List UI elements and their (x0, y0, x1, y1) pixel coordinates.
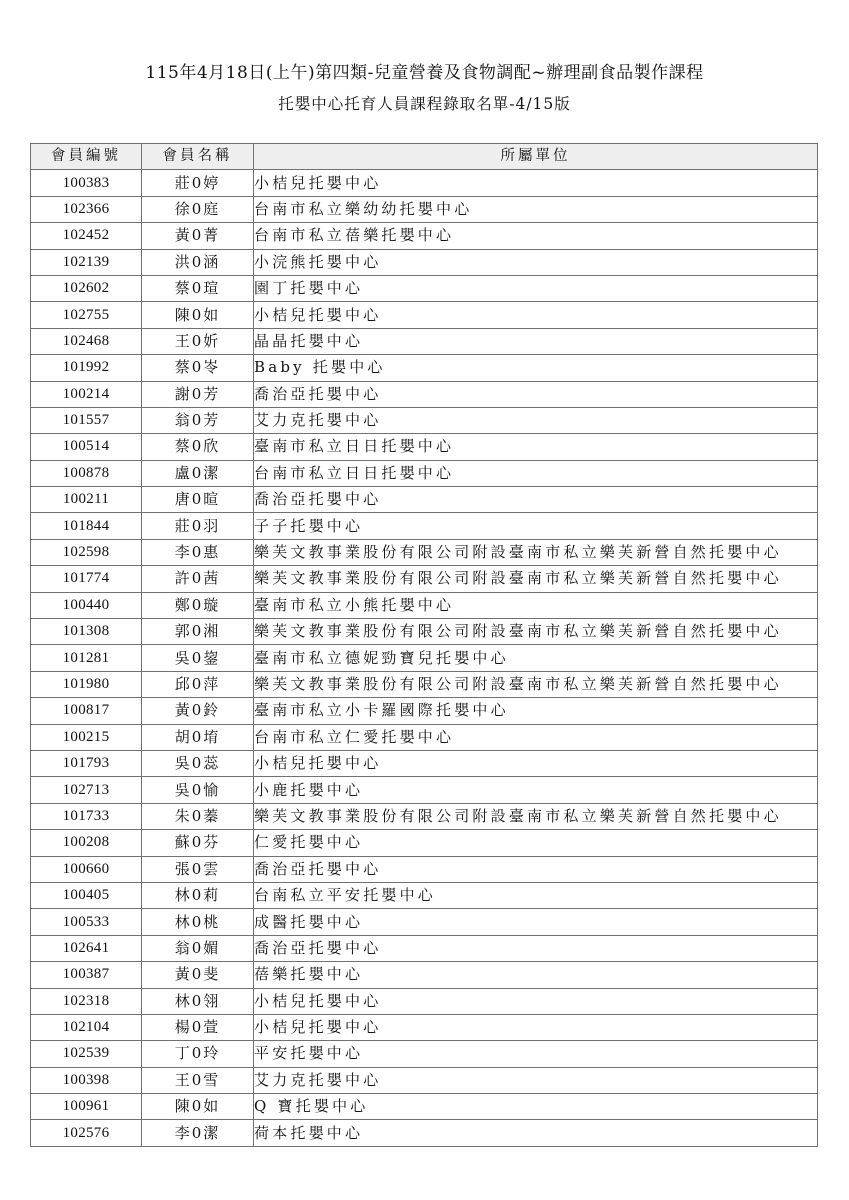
member-name-cell: 蘇0芬 (142, 830, 254, 856)
table-row: 101774許0茜樂芙文教事業股份有限公司附設臺南市私立樂芙新營自然托嬰中心 (31, 566, 818, 592)
member-id-cell: 102139 (31, 249, 142, 275)
table-row: 100660張0雲喬治亞托嬰中心 (31, 856, 818, 882)
affiliation-cell: 臺南市私立日日托嬰中心 (254, 434, 818, 460)
affiliation-cell: 台南私立平安托嬰中心 (254, 882, 818, 908)
member-id-cell: 102755 (31, 302, 142, 328)
member-id-cell: 102104 (31, 1014, 142, 1040)
affiliation-cell: 小桔兒托嬰中心 (254, 170, 818, 196)
table-row: 100440鄭0璇臺南市私立小熊托嬰中心 (31, 592, 818, 618)
table-row: 100514蔡0欣臺南市私立日日托嬰中心 (31, 434, 818, 460)
table-row: 102468王0妡晶晶托嬰中心 (31, 328, 818, 354)
member-id-cell: 100405 (31, 882, 142, 908)
member-id-cell: 101557 (31, 407, 142, 433)
table-row: 101844莊0羽子子托嬰中心 (31, 513, 818, 539)
table-row: 100405林0莉台南私立平安托嬰中心 (31, 882, 818, 908)
table-row: 100211唐0暄喬治亞托嬰中心 (31, 487, 818, 513)
affiliation-cell: 台南市私立蓓樂托嬰中心 (254, 223, 818, 249)
table-row: 100817黃0鈴臺南市私立小卡羅國際托嬰中心 (31, 698, 818, 724)
member-name-cell: 蔡0瑄 (142, 275, 254, 301)
member-id-cell: 102576 (31, 1120, 142, 1146)
member-id-cell: 100817 (31, 698, 142, 724)
member-id-cell: 100878 (31, 460, 142, 486)
table-row: 102139洪0涵小浣熊托嬰中心 (31, 249, 818, 275)
table-row: 100533林0桃成醫托嬰中心 (31, 909, 818, 935)
affiliation-cell: 喬治亞托嬰中心 (254, 487, 818, 513)
member-id-cell: 102468 (31, 328, 142, 354)
affiliation-cell: 台南市私立樂幼幼托嬰中心 (254, 196, 818, 222)
member-name-cell: 張0雲 (142, 856, 254, 882)
member-name-cell: 吳0蕊 (142, 750, 254, 776)
affiliation-cell: 臺南市私立德妮勁寶兒托嬰中心 (254, 645, 818, 671)
affiliation-cell: 喬治亞托嬰中心 (254, 381, 818, 407)
member-id-cell: 101774 (31, 566, 142, 592)
member-id-cell: 102366 (31, 196, 142, 222)
document-subtitle: 托嬰中心托育人員課程錄取名單-4/15版 (0, 92, 849, 114)
roster-table: 會員編號 會員名稱 所屬單位 100383莊0婷小桔兒托嬰中心102366徐0庭… (30, 143, 818, 1147)
member-id-cell: 100961 (31, 1094, 142, 1120)
table-row: 102576李0潔荷本托嬰中心 (31, 1120, 818, 1146)
member-id-cell: 100533 (31, 909, 142, 935)
member-name-cell: 王0妡 (142, 328, 254, 354)
member-id-cell: 101793 (31, 750, 142, 776)
member-name-cell: 丁0玲 (142, 1041, 254, 1067)
member-id-cell: 100398 (31, 1067, 142, 1093)
member-name-cell: 吳0愉 (142, 777, 254, 803)
affiliation-cell: 晶晶托嬰中心 (254, 328, 818, 354)
table-row: 102104楊0萱小桔兒托嬰中心 (31, 1014, 818, 1040)
member-id-cell: 100387 (31, 962, 142, 988)
member-name-cell: 林0莉 (142, 882, 254, 908)
member-id-cell: 101733 (31, 803, 142, 829)
table-row: 101733朱0蓁樂芙文教事業股份有限公司附設臺南市私立樂芙新營自然托嬰中心 (31, 803, 818, 829)
member-name-cell: 黃0鈴 (142, 698, 254, 724)
member-id-cell: 100211 (31, 487, 142, 513)
affiliation-cell: 喬治亞托嬰中心 (254, 935, 818, 961)
member-name-cell: 王0雪 (142, 1067, 254, 1093)
table-row: 100387黃0斐蓓樂托嬰中心 (31, 962, 818, 988)
affiliation-cell: 樂芙文教事業股份有限公司附設臺南市私立樂芙新營自然托嬰中心 (254, 566, 818, 592)
member-id-cell: 100383 (31, 170, 142, 196)
affiliation-cell: 荷本托嬰中心 (254, 1120, 818, 1146)
member-name-cell: 盧0潔 (142, 460, 254, 486)
affiliation-cell: 小桔兒托嬰中心 (254, 988, 818, 1014)
affiliation-cell: 喬治亞托嬰中心 (254, 856, 818, 882)
table-row: 102602蔡0瑄園丁托嬰中心 (31, 275, 818, 301)
table-row: 102366徐0庭台南市私立樂幼幼托嬰中心 (31, 196, 818, 222)
member-name-cell: 莊0婷 (142, 170, 254, 196)
table-row: 100214謝0芳喬治亞托嬰中心 (31, 381, 818, 407)
affiliation-cell: Q 寶托嬰中心 (254, 1094, 818, 1120)
member-id-cell: 101308 (31, 619, 142, 645)
table-row: 100878盧0潔台南市私立日日托嬰中心 (31, 460, 818, 486)
member-id-cell: 100215 (31, 724, 142, 750)
member-name-cell: 林0桃 (142, 909, 254, 935)
header-affiliation: 所屬單位 (254, 144, 818, 170)
member-name-cell: 胡0堉 (142, 724, 254, 750)
table-row: 102318林0翎小桔兒托嬰中心 (31, 988, 818, 1014)
member-name-cell: 陳0如 (142, 302, 254, 328)
affiliation-cell: 園丁托嬰中心 (254, 275, 818, 301)
member-name-cell: 黃0斐 (142, 962, 254, 988)
affiliation-cell: 子子托嬰中心 (254, 513, 818, 539)
table-row: 101557翁0芳艾力克托嬰中心 (31, 407, 818, 433)
member-name-cell: 陳0如 (142, 1094, 254, 1120)
table-row: 100961陳0如Q 寶托嬰中心 (31, 1094, 818, 1120)
member-name-cell: 許0茜 (142, 566, 254, 592)
table-row: 100383莊0婷小桔兒托嬰中心 (31, 170, 818, 196)
table-row: 101308郭0湘樂芙文教事業股份有限公司附設臺南市私立樂芙新營自然托嬰中心 (31, 619, 818, 645)
table-row: 102539丁0玲平安托嬰中心 (31, 1041, 818, 1067)
member-name-cell: 李0惠 (142, 539, 254, 565)
affiliation-cell: 台南市私立仁愛托嬰中心 (254, 724, 818, 750)
affiliation-cell: 小桔兒托嬰中心 (254, 750, 818, 776)
table-row: 102755陳0如小桔兒托嬰中心 (31, 302, 818, 328)
affiliation-cell: 樂芙文教事業股份有限公司附設臺南市私立樂芙新營自然托嬰中心 (254, 803, 818, 829)
member-name-cell: 翁0媚 (142, 935, 254, 961)
affiliation-cell: 台南市私立日日托嬰中心 (254, 460, 818, 486)
member-name-cell: 黃0菁 (142, 223, 254, 249)
member-name-cell: 莊0羽 (142, 513, 254, 539)
affiliation-cell: 樂芙文教事業股份有限公司附設臺南市私立樂芙新營自然托嬰中心 (254, 539, 818, 565)
member-name-cell: 邱0萍 (142, 671, 254, 697)
member-id-cell: 101844 (31, 513, 142, 539)
affiliation-cell: 臺南市私立小卡羅國際托嬰中心 (254, 698, 818, 724)
affiliation-cell: 樂芙文教事業股份有限公司附設臺南市私立樂芙新營自然托嬰中心 (254, 619, 818, 645)
member-name-cell: 李0潔 (142, 1120, 254, 1146)
table-row: 102641翁0媚喬治亞托嬰中心 (31, 935, 818, 961)
member-id-cell: 101992 (31, 355, 142, 381)
member-id-cell: 102713 (31, 777, 142, 803)
table-row: 100215胡0堉台南市私立仁愛托嬰中心 (31, 724, 818, 750)
table-row: 102713吳0愉小鹿托嬰中心 (31, 777, 818, 803)
affiliation-cell: Baby 托嬰中心 (254, 355, 818, 381)
table-body: 100383莊0婷小桔兒托嬰中心102366徐0庭台南市私立樂幼幼托嬰中心102… (31, 170, 818, 1146)
member-name-cell: 翁0芳 (142, 407, 254, 433)
affiliation-cell: 成醫托嬰中心 (254, 909, 818, 935)
member-id-cell: 102602 (31, 275, 142, 301)
table-header-row: 會員編號 會員名稱 所屬單位 (31, 144, 818, 170)
member-name-cell: 蔡0岺 (142, 355, 254, 381)
member-id-cell: 100214 (31, 381, 142, 407)
affiliation-cell: 艾力克托嬰中心 (254, 407, 818, 433)
table-row: 100208蘇0芬仁愛托嬰中心 (31, 830, 818, 856)
member-name-cell: 徐0庭 (142, 196, 254, 222)
member-name-cell: 楊0萱 (142, 1014, 254, 1040)
header-member-name: 會員名稱 (142, 144, 254, 170)
header-member-id: 會員編號 (31, 144, 142, 170)
member-name-cell: 洪0涵 (142, 249, 254, 275)
member-name-cell: 謝0芳 (142, 381, 254, 407)
document-title: 115年4月18日(上午)第四類-兒童營養及食物調配~辦理副食品製作課程 (0, 58, 849, 83)
member-name-cell: 郭0湘 (142, 619, 254, 645)
affiliation-cell: 蓓樂托嬰中心 (254, 962, 818, 988)
affiliation-cell: 小鹿托嬰中心 (254, 777, 818, 803)
affiliation-cell: 小浣熊托嬰中心 (254, 249, 818, 275)
member-id-cell: 102598 (31, 539, 142, 565)
member-id-cell: 100660 (31, 856, 142, 882)
table-row: 101980邱0萍樂芙文教事業股份有限公司附設臺南市私立樂芙新營自然托嬰中心 (31, 671, 818, 697)
member-id-cell: 100514 (31, 434, 142, 460)
member-name-cell: 朱0蓁 (142, 803, 254, 829)
member-id-cell: 102641 (31, 935, 142, 961)
table-row: 101281吳0鋆臺南市私立德妮勁寶兒托嬰中心 (31, 645, 818, 671)
table-row: 102452黃0菁台南市私立蓓樂托嬰中心 (31, 223, 818, 249)
affiliation-cell: 樂芙文教事業股份有限公司附設臺南市私立樂芙新營自然托嬰中心 (254, 671, 818, 697)
member-name-cell: 唐0暄 (142, 487, 254, 513)
affiliation-cell: 小桔兒托嬰中心 (254, 302, 818, 328)
member-id-cell: 102452 (31, 223, 142, 249)
table-row: 102598李0惠樂芙文教事業股份有限公司附設臺南市私立樂芙新營自然托嬰中心 (31, 539, 818, 565)
table-row: 101793吳0蕊小桔兒托嬰中心 (31, 750, 818, 776)
member-id-cell: 101281 (31, 645, 142, 671)
member-id-cell: 101980 (31, 671, 142, 697)
table-row: 100398王0雪艾力克托嬰中心 (31, 1067, 818, 1093)
member-name-cell: 鄭0璇 (142, 592, 254, 618)
affiliation-cell: 臺南市私立小熊托嬰中心 (254, 592, 818, 618)
affiliation-cell: 仁愛托嬰中心 (254, 830, 818, 856)
affiliation-cell: 艾力克托嬰中心 (254, 1067, 818, 1093)
member-name-cell: 吳0鋆 (142, 645, 254, 671)
member-id-cell: 100440 (31, 592, 142, 618)
member-id-cell: 100208 (31, 830, 142, 856)
member-id-cell: 102539 (31, 1041, 142, 1067)
affiliation-cell: 平安托嬰中心 (254, 1041, 818, 1067)
member-name-cell: 林0翎 (142, 988, 254, 1014)
table-row: 101992蔡0岺Baby 托嬰中心 (31, 355, 818, 381)
affiliation-cell: 小桔兒托嬰中心 (254, 1014, 818, 1040)
member-name-cell: 蔡0欣 (142, 434, 254, 460)
member-id-cell: 102318 (31, 988, 142, 1014)
